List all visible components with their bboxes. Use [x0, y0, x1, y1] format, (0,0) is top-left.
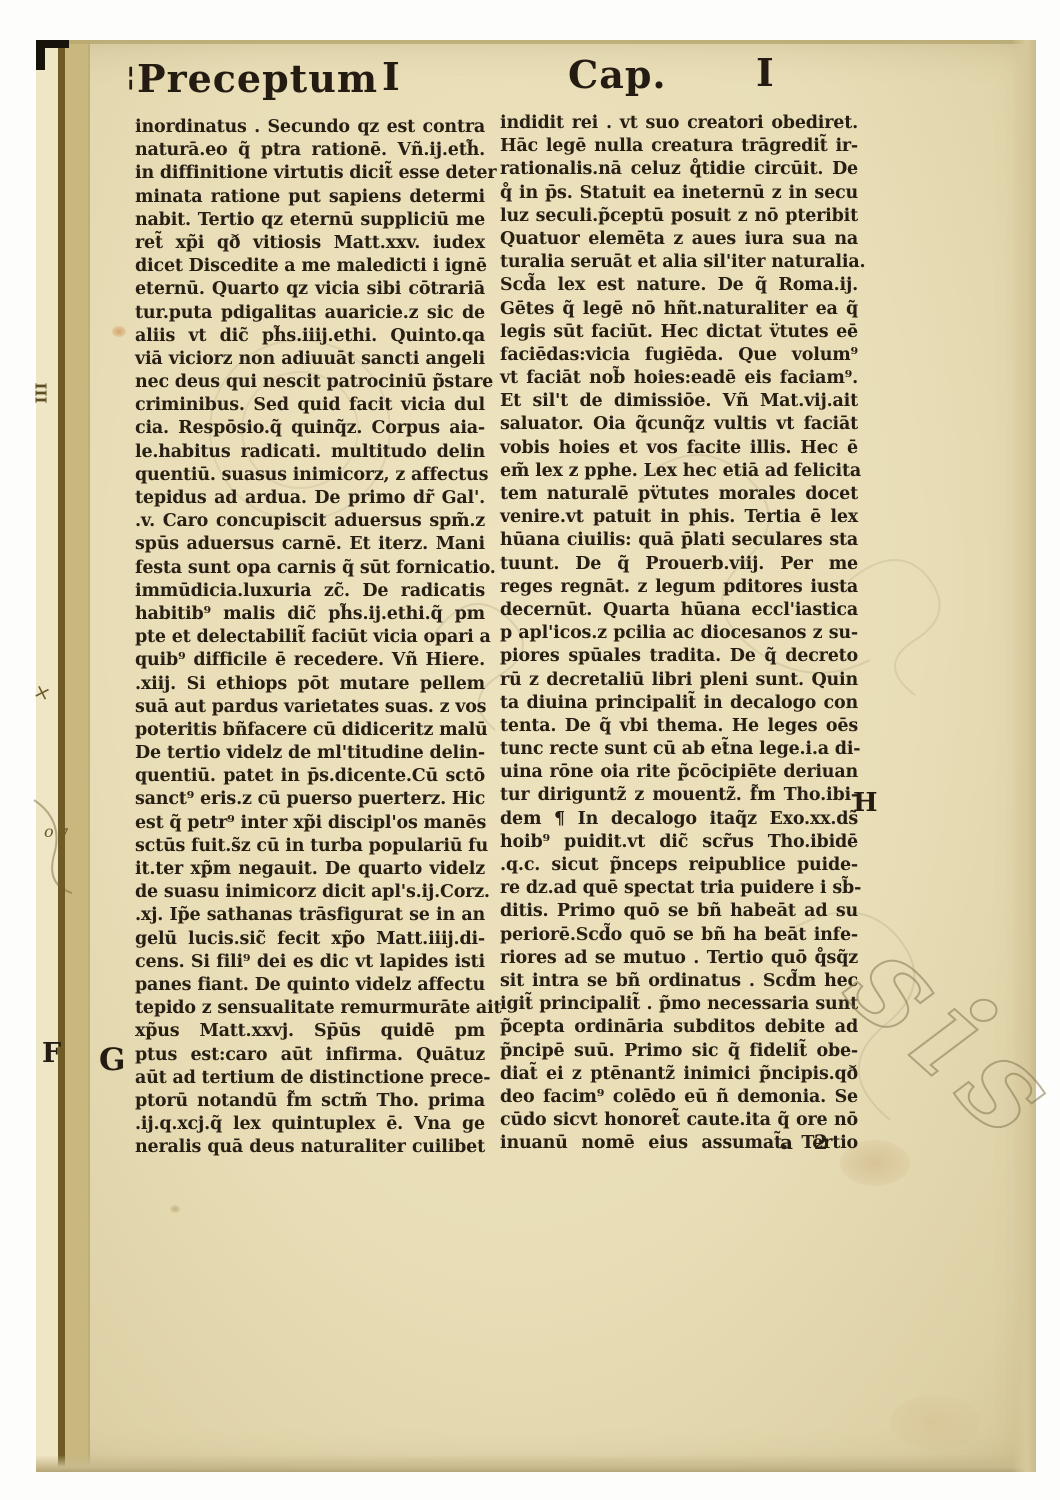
text-line: minata ratione put sapiens determi [135, 186, 485, 209]
text-line: cia. Respōsio.q̃ quinq̃z. Corpus aia- [135, 417, 485, 440]
text-line: quentiū. patet in p̄s.dicente.Cū sctō [135, 765, 485, 788]
corner-ink-mark [36, 40, 69, 70]
running-header-chapter-label: Cap. [568, 52, 667, 97]
text-line: criminibus. Sed quid facit vicia dul [135, 394, 485, 417]
text-line: nabit. Tertio qz eternū suppliciū me [135, 209, 485, 232]
text-line: suā aut pardus varietates suas. z vos [135, 696, 485, 719]
page-top-edge [36, 40, 1036, 44]
header-lead-mark: ¦ [126, 62, 135, 92]
text-line: panes fiant. De quinto videlz affectu [135, 974, 485, 997]
text-line: dem ¶ In decalogo itaq̃z Exo.xx.ds̃ [500, 808, 858, 831]
text-line: q̊ in p̄s. Statuit ea ineternū z in secu [500, 182, 858, 205]
text-line: indidit rei . vt suo creatori obediret. [500, 112, 858, 135]
margin-letter-f: F [42, 1038, 61, 1069]
text-line: est q̃ petr⁹ inter xp̃i discipl'os manēs [135, 812, 485, 835]
text-line: Hāc legē nulla creatura trāgredit̃ ir- [500, 135, 858, 158]
text-line: cens. Si fili⁹ dei es dic vt lapides ist… [135, 951, 485, 974]
text-line: tepido z sensualitate remurmurāte ait [135, 997, 485, 1020]
text-line: aliis vt dic̃ ph̃s.iiij.ethi. Quinto.qa [135, 325, 485, 348]
text-line: immūdicia.luxuria zc̃. De radicatis [135, 580, 485, 603]
text-line: spūs aduersus carnē. Et iterz. Mani [135, 533, 485, 556]
text-line: uina rōne oia rite p̃cōcipiēte deriuan [500, 761, 858, 784]
text-line: p apl'icos.z pcilia ac diocesanos z su- [500, 622, 858, 645]
text-line: re dz.ad quē spectat tria puidere i sb̃- [500, 877, 858, 900]
text-line: ta diuina principalit̃ in decalogo con [500, 692, 858, 715]
text-line: igit̃ principalit̃ . p̃mo necessaria sun… [500, 993, 858, 1016]
text-line: de suasu inimicorz dicit apl's.ij.Corz. [135, 881, 485, 904]
text-line: hoib⁹ puidit.vt dic̃ scr̃us Tho.ibidē [500, 831, 858, 854]
margin-scribble: o ⁊ [44, 822, 67, 841]
text-line: quentiū. suasus inimicorz, z affectus [135, 464, 485, 487]
text-line: ptorū notandū f̃m sctm̃ Tho. prima [135, 1090, 485, 1113]
foxing-stain [890, 1395, 980, 1450]
text-line: tepidus ad ardua. De primo dr̃ Gal'. [135, 487, 485, 510]
running-header-left-title: Preceptum [137, 56, 378, 101]
text-line: eternū. Quarto qz vicia sibi cōtrariā [135, 278, 485, 301]
text-line: gelū lucis.sic̃ fecit xp̃o Matt.iiij.di- [135, 928, 485, 951]
text-line: habitib⁹ malis dic̃ ph̃s.ij.ethi.q̃ pm [135, 603, 485, 626]
text-line: rationalis.nā celuz q̊tidie circūit. De [500, 158, 858, 181]
text-line: .q.c. sicut p̃nceps reipublice puide- [500, 854, 858, 877]
text-line: em̃ lex z pphe. Lex hec etiā ad felicita [500, 460, 858, 483]
running-header-chapter-numeral: I [756, 50, 775, 95]
text-line: riores ad se mutuo . Tertio quō q̊sq̃z [500, 947, 858, 970]
text-line: periorē.Scd̃o quō se bñ ha beāt infe- [500, 924, 858, 947]
text-column-right: indidit rei . vt suo creatori obediret.H… [500, 112, 858, 1155]
text-line: poteritis bñfacere cū didiceritz malū [135, 719, 485, 742]
text-line: tunc recte sunt cū ab et̃na lege.i.a di- [500, 738, 858, 761]
paragraph-initial-g: G [99, 1042, 125, 1078]
text-line: sanct⁹ eris.z cū puerso puerterz. Hic [135, 788, 485, 811]
scanned-book-page: ¦ Preceptum I Cap. I inordinatus . Secun… [0, 0, 1060, 1500]
text-line: Quatuor elemēta z aues iura sua na [500, 228, 858, 251]
text-line: ptus est:caro aūt infirma. Quātuz [135, 1044, 485, 1067]
text-line: ditis. Primo quō se bñ habeāt ad su [500, 900, 858, 923]
text-line: ret̃ xp̃i qð vitiosis Matt.xxv. iudex [135, 232, 485, 255]
text-line: .xj. Ip̃e sathanas trāsfigurat se in an [135, 904, 485, 927]
text-line: saluator. Oia q̃cunq̃z vultis vt faciāt [500, 413, 858, 436]
text-line: reges regnāt. z legum pditores iusta [500, 576, 858, 599]
foxing-stain [112, 326, 126, 337]
text-line: decernūt. Quarta hūana eccl'iastica [500, 599, 858, 622]
text-line: .xiij. Si ethiops pōt mutare pellem [135, 673, 485, 696]
text-line: Gētes q̃ legē nō hñt.naturaliter ea q̃ [500, 298, 858, 321]
text-line: faciēdas:vicia fugiēda. Que volum⁹ [500, 344, 858, 367]
foxing-stain [170, 1205, 180, 1213]
text-line: aūt ad tertium de distinctione prece- [135, 1067, 485, 1090]
text-line: Scd̃a lex est nature. De q̃ Roma.ij. [500, 274, 858, 297]
page-bottom-edge [36, 1455, 1036, 1472]
text-line: De tertio videlz de ml'titudine delin- [135, 742, 485, 765]
text-line: sit intra se bñ ordinatus . Scd̃m hec [500, 970, 858, 993]
text-line: hūana ciuilis: quā p̄lati seculares sta [500, 529, 858, 552]
text-line: festa sunt opa carnis q̃ sūt fornicatio. [135, 557, 485, 580]
text-line: Et sil't de dimissiōe. Vñ Mat.vij.ait [500, 390, 858, 413]
text-line: .ij.q.xcj.q̃ lex quintuplex ē. Vna ge [135, 1113, 485, 1136]
text-line: viā viciorz non adiuuāt sancti angeli [135, 348, 485, 371]
margin-letter-h: H [853, 788, 878, 818]
text-line: tenta. De q̃ vbi thema. He leges oēs [500, 715, 858, 738]
text-line: venire.vt patuit in phis. Tertia ē lex [500, 506, 858, 529]
text-line: .v. Caro concupiscit aduersus spm̃.z [135, 510, 485, 533]
text-column-left: inordinatus . Secundo qz est contranatur… [135, 116, 485, 1159]
text-line: tem naturalē pv̈tutes morales docet [500, 483, 858, 506]
text-line: rū z decretaliū libri pleni sunt. Quin [500, 669, 858, 692]
text-line: tur.puta pdigalitas auaricie.z sic de [135, 302, 485, 325]
text-line: neralis quā deus naturaliter cuilibet [135, 1136, 485, 1159]
text-line: piores spūales tradita. De q̃ decreto [500, 645, 858, 668]
text-line: it.ter xp̃m negauit. De quarto videlz [135, 858, 485, 881]
text-line: nec deus qui nescit patrociniū p̃stare [135, 371, 485, 394]
text-line: quib⁹ difficile ē recedere. Vñ Hiere. [135, 649, 485, 672]
text-line: vobis hoies et vos facite illis. Hec ē [500, 437, 858, 460]
text-line: tur diriguntz̃ z mouentz̃. f̃m Tho.ibi- [500, 784, 858, 807]
running-header-left-numeral: I [382, 54, 401, 99]
text-line: turalia seruāt et alia sil'iter naturali… [500, 251, 858, 274]
margin-edge-mark: III [32, 382, 50, 403]
text-line: pte et delectabilit̃ faciūt vicia opari … [135, 626, 485, 649]
text-line: sctūs fuit.s̃z cū in turba populariū fu [135, 835, 485, 858]
text-line: tuunt. De q̃ Prouerb.viij. Per me [500, 553, 858, 576]
binding-gutter [36, 40, 96, 1472]
text-line: legis sūt faciūt. Hec dictat v̈tutes eē [500, 321, 858, 344]
text-line: inordinatus . Secundo qz est contra [135, 116, 485, 139]
text-line: dicet Discedite a me maledicti i ignē [135, 255, 485, 278]
text-line: xp̃us Matt.xxvj. Sp̄ūs quidē pm [135, 1020, 485, 1043]
text-line: vt faciāt nob̃ hoies:eadē eis faciam⁹. [500, 367, 858, 390]
text-line: in diffinitione virtutis dicit̃ esse det… [135, 162, 485, 185]
page-right-edge [1012, 40, 1036, 1472]
text-line: luz seculi.p̃ceptū posuit z nō pteribit [500, 205, 858, 228]
text-line: naturā.eo q̃ ptra rationē. Vñ.ij.eth̃. [135, 139, 485, 162]
text-line: le.habitus radicati. multitudo delin [135, 441, 485, 464]
